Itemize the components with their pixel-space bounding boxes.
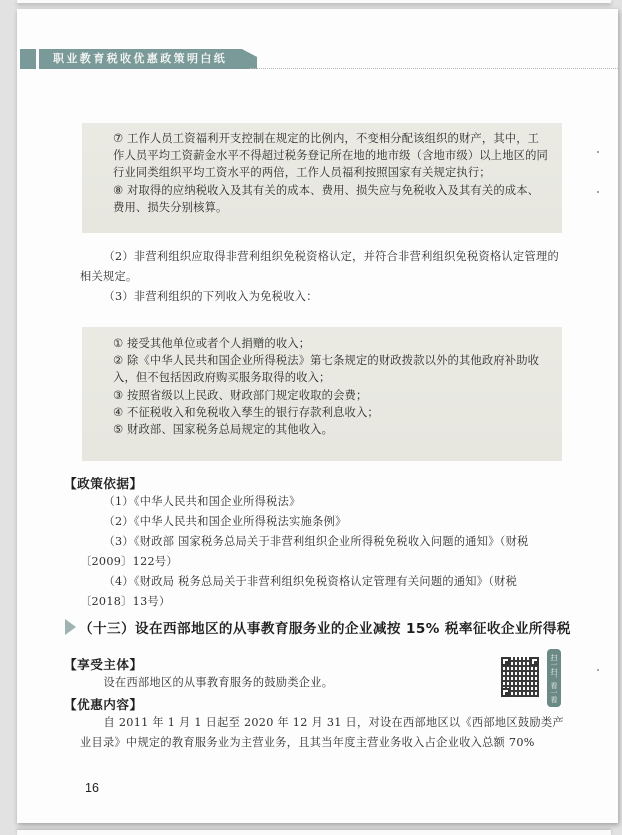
- qr-finder-icon: [501, 657, 510, 666]
- policy-basis-list: （1）《中华人民共和国企业所得税法》 （2）《中华人民共和国企业所得税法实施条例…: [80, 492, 564, 612]
- body-paragraphs-1: （2）非营利组织应取得非营利组织免税资格认定，并符合非营利组织免税资格认定管理的…: [80, 247, 564, 307]
- qr-code[interactable]: [501, 657, 539, 697]
- page-number: 16: [85, 781, 99, 795]
- content-text: 自 2011 年 1 月 1 日起至 2020 年 12 月 31 日，对设在西…: [80, 713, 564, 753]
- qr-finder-icon: [501, 688, 510, 697]
- exempt-item-1: ① 接受其他单位或者个人捐赠的收入；: [113, 335, 553, 352]
- paragraph-2: （2）非营利组织应取得非营利组织免税资格认定，并符合非营利组织免税资格认定管理的…: [80, 247, 564, 287]
- policy-item-4: （4）《财政局 税务总局关于非营利组织免税资格认定管理有关问题的通知》（财税〔2…: [80, 572, 564, 612]
- scan-speck: [597, 151, 599, 153]
- content-heading: 【优惠内容】: [64, 694, 143, 713]
- beneficiary-heading: 【享受主体】: [64, 654, 143, 673]
- beneficiary-text: 设在西部地区的从事教育服务的鼓励类企业。: [80, 673, 564, 693]
- condition-item-7: ⑦ 工作人员工资福利开支控制在规定的比例内，不变相分配该组织的财产，其中，工作人…: [113, 130, 549, 182]
- policy-item-3: （3）《财政部 国家税务总局关于非营利组织企业所得税免税收入问题的通知》（财税〔…: [80, 532, 564, 572]
- exempt-income-list: ① 接受其他单位或者个人捐赠的收入； ② 除《中华人民共和国企业所得税法》第七条…: [113, 335, 553, 438]
- policy-item-2: （2）《中华人民共和国企业所得税法实施条例》: [80, 512, 564, 532]
- beneficiary-text-block: 设在西部地区的从事教育服务的鼓励类企业。: [80, 673, 564, 693]
- scan-qr-tab: 扫一扫，看一看: [547, 649, 561, 707]
- section-13-title-text: （十三）设在西部地区的从事教育服务业的企业减按 15% 税率征收企业所得税: [79, 617, 571, 637]
- scan-speck: [597, 191, 599, 193]
- paragraph-3: （3）非营利组织的下列收入为免税收入：: [80, 287, 564, 307]
- banner-accent-block: [20, 49, 36, 69]
- condition-item-8: ⑧ 对取得的应纳税收入及其有关的成本、费用、损失应与免税收入及其有关的成本、费用…: [113, 182, 549, 216]
- exempt-item-3: ③ 按照省级以上民政、财政部门规定收取的会费；: [113, 387, 553, 404]
- exempt-item-5: ⑤ 财政部、国家税务总局规定的其他收入。: [113, 421, 553, 438]
- policy-basis-heading: 【政策依据】: [64, 473, 143, 492]
- conditions-list: ⑦ 工作人员工资福利开支控制在规定的比例内，不变相分配该组织的财产，其中，工作人…: [113, 130, 549, 216]
- qr-finder-icon: [530, 657, 539, 666]
- previous-page-edge: [17, 0, 611, 3]
- banner-title: 职业教育税收优惠政策明白纸: [39, 49, 257, 69]
- next-page-edge: [17, 830, 611, 835]
- document-page: 职业教育税收优惠政策明白纸 ⑦ 工作人员工资福利开支控制在规定的比例内，不变相分…: [17, 9, 618, 823]
- exempt-item-4: ④ 不征税收入和免税收入孳生的银行存款利息收入；: [113, 404, 553, 421]
- header-banner: 职业教育税收优惠政策明白纸: [20, 49, 257, 69]
- section-13-title: （十三）设在西部地区的从事教育服务业的企业减按 15% 税率征收企业所得税: [65, 617, 571, 637]
- scan-speck: [597, 669, 599, 671]
- policy-item-1: （1）《中华人民共和国企业所得税法》: [80, 492, 564, 512]
- exempt-item-2: ② 除《中华人民共和国企业所得税法》第七条规定的财政拨款以外的其他政府补助收入，…: [113, 352, 553, 386]
- section-arrow-icon: [65, 619, 76, 635]
- header-dotted-rule: [250, 68, 618, 69]
- content-text-block: 自 2011 年 1 月 1 日起至 2020 年 12 月 31 日，对设在西…: [80, 713, 564, 753]
